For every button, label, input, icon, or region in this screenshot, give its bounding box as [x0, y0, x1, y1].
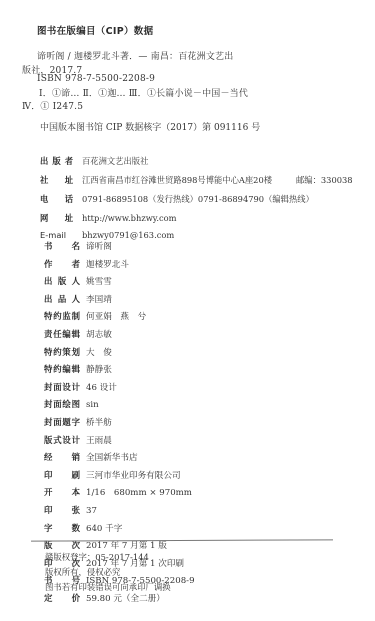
book-info-value: 李国靖 [86, 293, 112, 305]
book-info-value: 大 俊 [86, 346, 112, 358]
book-info-row-printed-sheets: 印张37 [44, 504, 97, 516]
book-info-row-special-editor: 特约编辑静静张 [44, 363, 112, 375]
book-info-row-layout-design: 版式设计王雨晨 [44, 434, 112, 446]
publisher-row-email: E-mail bhzwy0791@163.com [40, 230, 174, 240]
publisher-value: 百花洲文艺出版社 [82, 155, 148, 167]
book-info-value: 三河市华业印务有限公司 [86, 469, 181, 481]
book-info-value: sin [86, 400, 99, 410]
book-info-row-format: 开本1/16 680mm × 970mm [44, 486, 192, 498]
book-info-label: 作者 [44, 258, 86, 270]
cip-line-isbn: ISBN 978-7-5500-2208-9 [37, 74, 155, 84]
book-info-value: 59.80 元（全二册） [86, 592, 165, 604]
publisher-label: 出版者 [40, 155, 82, 167]
book-info-label: 书名 [44, 240, 86, 252]
book-info-label: 特约策划 [44, 346, 86, 358]
book-info-label: 封面设计 [44, 381, 86, 393]
website-label: 网址 [40, 212, 82, 224]
book-info-row-publisher-person: 出版人姚雪雪 [44, 275, 112, 287]
phone-value: 0791-86895108（发行热线）0791-86894790（编辑热线） [82, 193, 314, 205]
book-info-row-responsible-editor: 责任编辑胡志敏 [44, 328, 112, 340]
book-info-value: 640 千字 [86, 522, 122, 534]
book-info-row-special-supervisor: 特约监制何亚娟 燕 兮 [44, 310, 146, 322]
book-info-row-title: 书名谛听阁 [44, 240, 112, 252]
book-info-value: 何亚娟 燕 兮 [86, 310, 146, 322]
book-info-value: 胡志敏 [86, 328, 112, 340]
book-info-label: 定价 [44, 592, 86, 604]
book-info-label: 印刷 [44, 469, 86, 481]
book-info-label: 字数 [44, 522, 86, 534]
cip-line-classification: Ⅳ．① I247.5 [22, 99, 83, 112]
book-info-row-cover-calligraphy: 封面题字桥半舫 [44, 416, 112, 428]
book-info-value: 全国新华书店 [86, 451, 138, 463]
book-info-label: 特约编辑 [44, 363, 86, 375]
copyright-notice: 版权所有，侵权必究 [45, 566, 120, 578]
book-info-row-distributor: 经销全国新华书店 [44, 451, 138, 463]
book-info-row-word-count: 字数640 千字 [44, 522, 122, 534]
misprint-notice: 图书若有印装错误可向承印厂调换 [45, 581, 171, 593]
book-info-label: 特约监制 [44, 310, 86, 322]
cip-heading: 图书在版编目（CIP）数据 [37, 23, 153, 37]
book-info-row-special-planner: 特约策划大 俊 [44, 346, 112, 358]
website-link[interactable]: http://www.bhzwy.com [82, 213, 177, 223]
publisher-row-name: 出版者 百花洲文艺出版社 [40, 155, 148, 167]
book-info-label: 出品人 [44, 293, 86, 305]
publisher-row-phone: 电话 0791-86895108（发行热线）0791-86894790（编辑热线… [40, 193, 314, 205]
book-info-row-price: 定价59.80 元（全二册） [44, 592, 165, 604]
phone-label: 电话 [40, 193, 82, 205]
book-info-value: 谛听阁 [86, 240, 112, 252]
book-info-row-printer: 印刷三河市华业印务有限公司 [44, 469, 181, 481]
book-info-value: 王雨晨 [86, 434, 112, 446]
cip-line-title-author: 谛听阁 / 迦楼罗北斗著．— 南昌：百花洲文艺出 [37, 49, 233, 62]
email-label: E-mail [40, 230, 82, 240]
book-info-value: 迦楼罗北斗 [86, 258, 129, 270]
cip-line-subjects: Ⅰ．①谛… Ⅱ．①迦… Ⅲ．①长篇小说－中国－当代 [39, 86, 248, 99]
library-record: 中国版本图书馆 CIP 数据核字（2017）第 091116 号 [40, 120, 260, 133]
publisher-row-website: 网址 http://www.bhzwy.com [40, 212, 177, 224]
book-info-value: 静静张 [86, 363, 112, 375]
book-info-value: 桥半舫 [86, 416, 112, 428]
book-info-label: 责任编辑 [44, 328, 86, 340]
book-info-row-cover-illustration: 封面绘图sin [44, 398, 99, 410]
book-info-label: 经销 [44, 451, 86, 463]
address-label: 社址 [40, 174, 82, 186]
postal-code: 邮编：330038 [296, 174, 353, 186]
book-info-label: 封面绘图 [44, 398, 86, 410]
book-info-row-producer: 出品人李国靖 [44, 293, 112, 305]
copyright-registration: 赣版权登字：05-2017-144 [45, 551, 149, 563]
book-info-label: 版式设计 [44, 434, 86, 446]
book-info-label: 出版人 [44, 275, 86, 287]
book-info-label: 封面题字 [44, 416, 86, 428]
section-divider [31, 539, 333, 541]
book-info-label: 开本 [44, 486, 86, 498]
address-value: 江西省南昌市红谷滩世贸路898号博能中心A座20楼 [82, 174, 272, 186]
email-link[interactable]: bhzwy0791@163.com [82, 230, 174, 240]
book-info-label: 印张 [44, 504, 86, 516]
book-info-value: 姚雪雪 [86, 275, 112, 287]
book-info-row-cover-design: 封面设计46 设计 [44, 381, 117, 393]
book-info-row-author: 作者迦楼罗北斗 [44, 258, 129, 270]
book-info-value: 1/16 680mm × 970mm [86, 486, 192, 498]
book-info-value: 37 [86, 506, 97, 516]
publisher-row-address: 社址 江西省南昌市红谷滩世贸路898号博能中心A座20楼 邮编：330038 [40, 174, 360, 186]
book-info-value: 46 设计 [86, 381, 117, 393]
